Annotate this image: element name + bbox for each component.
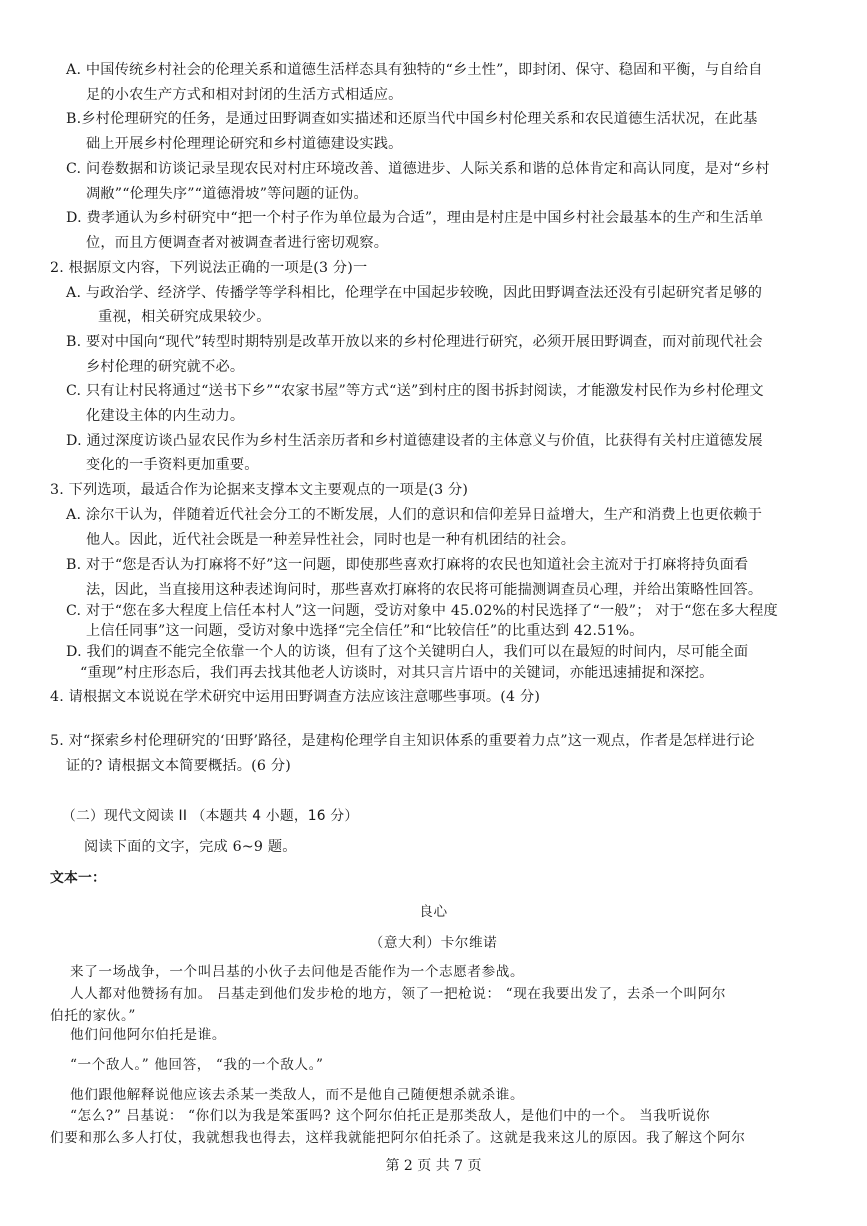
q2-option-a-line2: 重视，相关研究成果较少。	[98, 307, 271, 327]
q4-stem: 4. 请根据文本说说在学术研究中运用田野调查方法应该注意哪些事项。(4 分)	[50, 687, 540, 707]
text-one-label: 文本一：	[50, 868, 106, 888]
q3-option-c-line1: C. 对于“您在多大程度上信任本村人”这一问题，受访对象中 45.02%的村民选…	[66, 601, 778, 621]
q3-option-a-line2: 他人。因此，近代社会既是一种差异性社会，同时也是一种有机团结的社会。	[86, 530, 575, 550]
q2-option-c-line2: 化建设主体的内生动力。	[86, 406, 244, 426]
page-number: 第 2 页 共 7 页	[0, 1155, 867, 1175]
q5-stem-line1: 5. 对“探索乡村伦理研究的‘田野’路径，是建构伦理学自主知识体系的重要着力点”…	[50, 731, 755, 751]
section-heading: （二）现代文阅读 II （本题共 4 小题，16 分）	[62, 806, 358, 826]
q2-option-b-line2: 乡村伦理的研究就不必。	[86, 357, 244, 377]
exam-page: A. 中国传统乡村社会的伦理关系和道德生活样态具有独特的“乡土性”，即封闭、保守…	[0, 0, 867, 1226]
q3-option-c-line2: 上信任同事”这一问题，受访对象中选择“完全信任”和“比较信任”的比重达到 42.…	[86, 621, 644, 641]
q5-stem-line2: 证的? 请根据文本简要概括。(6 分)	[66, 756, 291, 776]
story-paragraph: 来了一场战争，一个叫吕基的小伙子去问他是否能作为一个志愿者参战。	[70, 962, 524, 982]
story-paragraph: “一个敌人。” 他回答， “我的一个敌人。”	[70, 1055, 324, 1075]
q1-option-d-line1: D. 费孝通认为乡村研究中“把一个村子作为单位最为合适”，理由是村庄是中国乡村社…	[66, 208, 763, 228]
q2-option-d-line1: D. 通过深度访谈凸显农民作为乡村生活亲历者和乡村道德建设者的主体意义与价值，比…	[66, 431, 763, 451]
q1-option-a-line1: A. 中国传统乡村社会的伦理关系和道德生活样态具有独特的“乡土性”，即封闭、保守…	[66, 60, 763, 80]
q3-option-b-line1: B. 对于“您是否认为打麻将不好”这一问题，即使那些喜欢打麻将的农民也知道社会主…	[66, 555, 748, 575]
q3-stem: 3. 下列选项，最适合作为论据来支撑本文主要观点的一项是(3 分)	[50, 480, 468, 500]
q2-option-b-line1: B. 要对中国向“现代”转型时期特别是改革开放以来的乡村伦理进行研究，必须开展田…	[66, 332, 763, 352]
section-instruction: 阅读下面的文字，完成 6~9 题。	[84, 837, 297, 857]
q3-option-b-line2: 法，因此，当直接用这种表述询问时，那些喜欢打麻将的农民将可能揣测调查员心理，并给…	[86, 580, 762, 600]
story-paragraph: 人人都对他赞扬有加。 吕基走到他们发步枪的地方，领了一把枪说： “现在我要出发了…	[70, 984, 726, 1004]
q2-stem: 2. 根据原文内容，下列说法正确的一项是(3 分)一	[50, 258, 367, 278]
q1-option-b-line2: 础上开展乡村伦理理论研究和乡村道德建设实践。	[86, 134, 403, 154]
story-paragraph: 伯托的家伙。”	[50, 1006, 136, 1026]
story-paragraph: 他们问他阿尔伯托是谁。	[70, 1025, 226, 1045]
q3-option-d-line2: “重现”村庄形态后，我们再去找其他老人访谈时，对其只言片语中的关键词，亦能迅速捕…	[80, 663, 714, 683]
story-paragraph: 他们跟他解释说他应该去杀某一类敌人，而不是他自己随便想杀就杀谁。	[70, 1085, 524, 1105]
q1-option-b-line1: B.乡村伦理研究的任务，是通过田野调查如实描述和还原当代中国乡村伦理关系和农民道…	[66, 109, 758, 129]
q3-option-d-line1: D. 我们的调查不能完全依靠一个人的访谈，但有了这个关键明白人，我们可以在最短的…	[66, 642, 748, 662]
story-author: （意大利）卡尔维诺	[0, 933, 867, 953]
story-title: 良心	[0, 902, 867, 922]
q3-option-a-line1: A. 涂尔干认为，伴随着近代社会分工的不断发展，人们的意识和信仰差异日益增大，生…	[66, 505, 762, 525]
q2-option-c-line1: C. 只有让村民将通过“送书下乡”“农家书屋”等方式“送”到村庄的图书拆封阅读，…	[66, 381, 764, 401]
story-paragraph: 们要和那么多人打仗，我就想我也得去，这样我就能把阿尔伯托杀了。这就是我来这儿的原…	[50, 1128, 746, 1148]
q1-option-c-line2: 凋敝”“伦理失序”“道德滑坡”等问题的证伪。	[86, 184, 368, 204]
q1-option-c-line1: C. 问卷数据和访谈记录呈现农民对村庄环境改善、道德进步、人际关系和谐的总体肯定…	[66, 159, 770, 179]
q1-option-d-line2: 位，而且方便调查者对被调查者进行密切观察。	[86, 233, 388, 253]
q1-option-a-line2: 足的小农生产方式和相对封闭的生活方式相适应。	[86, 85, 403, 105]
q2-option-d-line2: 变化的一手资料更加重要。	[86, 455, 259, 475]
q2-option-a-line1: A. 与政治学、经济学、传播学等学科相比，伦理学在中国起步较晚，因此田野调查法还…	[66, 283, 762, 303]
story-paragraph: “怎么?” 吕基说： “你们以为我是笨蛋吗? 这个阿尔伯托正是那类敌人，是他们中…	[70, 1106, 710, 1126]
